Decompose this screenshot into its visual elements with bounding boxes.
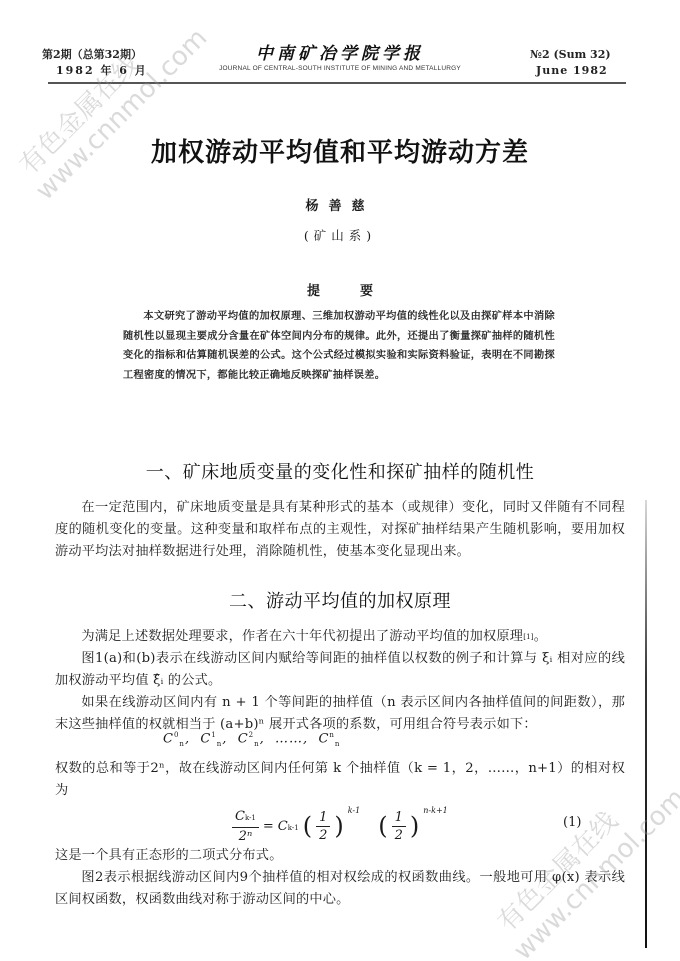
paragraph-end: 。 — [534, 629, 547, 644]
combination-notation: C0n, C1n, C2n, ……, Cnn — [163, 731, 340, 748]
issue-info: 第2期（总第32期） 1982 年 6 月 — [42, 47, 148, 79]
issue-date: 1982 年 6 月 — [42, 63, 148, 79]
paren-close-2: ) — [410, 814, 419, 838]
paren-open-2: ( — [378, 814, 387, 838]
fraction-numerator: Ck-1 — [232, 808, 259, 828]
fraction-denominator: 2ⁿ — [239, 828, 253, 845]
header-rule — [48, 82, 626, 84]
section-2-body: 为满足上述数据处理要求，作者在六十年代初提出了游动平均值的加权原理[1]。 图1… — [55, 626, 625, 736]
affiliation: (矿山系) — [0, 226, 680, 244]
half-num: 1 — [316, 809, 330, 827]
issue-date-en: June 1982 — [530, 63, 611, 79]
issue-info-en: №2 (Sum 32) June 1982 — [530, 47, 611, 79]
combo-sup2: 2 — [249, 731, 254, 739]
author: 杨善慈 — [0, 195, 680, 214]
paragraph-text: 为满足上述数据处理要求，作者在六十年代初提出了游动平均值的加权原理 — [81, 629, 523, 644]
citation-ref: [1] — [523, 633, 534, 641]
abstract-text: 本文研究了游动平均值的加权原理、三维加权游动平均值的线性化以及由探矿样本中消除随… — [123, 307, 555, 385]
journal-title-cn: 中南矿冶学院学报 — [200, 44, 480, 64]
paragraph-figure-1: 图1(a)和(b)表示在线游动区间内赋给等间距的抽样值以权数的例子和计算与 ξᵢ… — [55, 648, 625, 692]
paragraph-binomial-note: 这是一个具有正态形的二项式分布式。 — [55, 845, 625, 867]
half-den: 2 — [319, 827, 327, 844]
fraction: Ck-1 2ⁿ — [232, 808, 259, 845]
combo-c1: C — [200, 731, 211, 746]
abstract: 本文研究了游动平均值的加权原理、三维加权游动平均值的线性化以及由探矿样本中消除随… — [123, 307, 555, 385]
rhs-sup: k-1 — [288, 824, 299, 832]
exponent-1: k-1 — [348, 806, 361, 815]
paragraph-binomial-weights: 如果在线游动区间内有 n + 1 个等间距的抽样值（n 表示区间内各抽样值间的间… — [55, 692, 625, 736]
combo-ellipsis: …… — [275, 731, 303, 746]
paren-open: ( — [303, 814, 312, 838]
exponent-2: n-k+1 — [423, 806, 448, 815]
equation-number: (1) — [563, 815, 581, 830]
half-num-2: 1 — [392, 809, 406, 827]
num-sup: k-1 — [245, 814, 256, 822]
combo-supn: n — [329, 731, 335, 739]
half-den-2: 2 — [395, 827, 403, 844]
paragraph-weighting-origin: 为满足上述数据处理要求，作者在六十年代初提出了游动平均值的加权原理[1]。 — [55, 626, 625, 648]
journal-title-en: JOURNAL OF CENTRAL-SOUTH INSTITUTE OF MI… — [200, 64, 480, 73]
issue-number-en: №2 (Sum 32) — [530, 47, 611, 63]
rhs-c: C — [278, 819, 288, 834]
section-1-paragraph: 在一定范围内，矿床地质变量是具有某种形式的基本（或规律）变化，同时又伴随有不同程… — [55, 497, 625, 563]
combo-c0: C — [163, 731, 174, 746]
num-c: C — [235, 809, 245, 824]
issue-number: 第2期（总第32期） — [42, 47, 148, 63]
combo-c2: C — [238, 731, 249, 746]
section-heading-2: 二、游动平均值的加权原理 — [0, 587, 680, 613]
half-fraction-2: 12 — [392, 809, 406, 844]
equals-sign: = — [263, 819, 274, 834]
half-fraction-1: 12 — [316, 809, 330, 844]
paren-close: ) — [334, 814, 343, 838]
rhs-combination: Ck-1 — [278, 819, 299, 834]
article-title: 加权游动平均值和平均游动方差 — [0, 132, 680, 169]
section-heading-1: 一、矿床地质变量的变化性和探矿抽样的随机性 — [0, 458, 680, 484]
paragraph-figure-2: 图2表示根据线游动区间内9个抽样值的相对权绘成的权函数曲线。一般地可用 φ(x)… — [55, 867, 625, 911]
paragraph-relative-weight: 权数的总和等于2ⁿ，故在线游动区间内任何第 k 个抽样值（k = 1，2，……，… — [55, 758, 625, 802]
combo-sup0: 0 — [174, 731, 179, 739]
combo-sup1: 1 — [211, 731, 216, 739]
combo-cn: C — [318, 731, 329, 746]
abstract-heading: 提要 — [0, 280, 680, 299]
page-edge-line — [645, 500, 647, 948]
journal-masthead: 中南矿冶学院学报 JOURNAL OF CENTRAL-SOUTH INSTIT… — [200, 44, 480, 73]
